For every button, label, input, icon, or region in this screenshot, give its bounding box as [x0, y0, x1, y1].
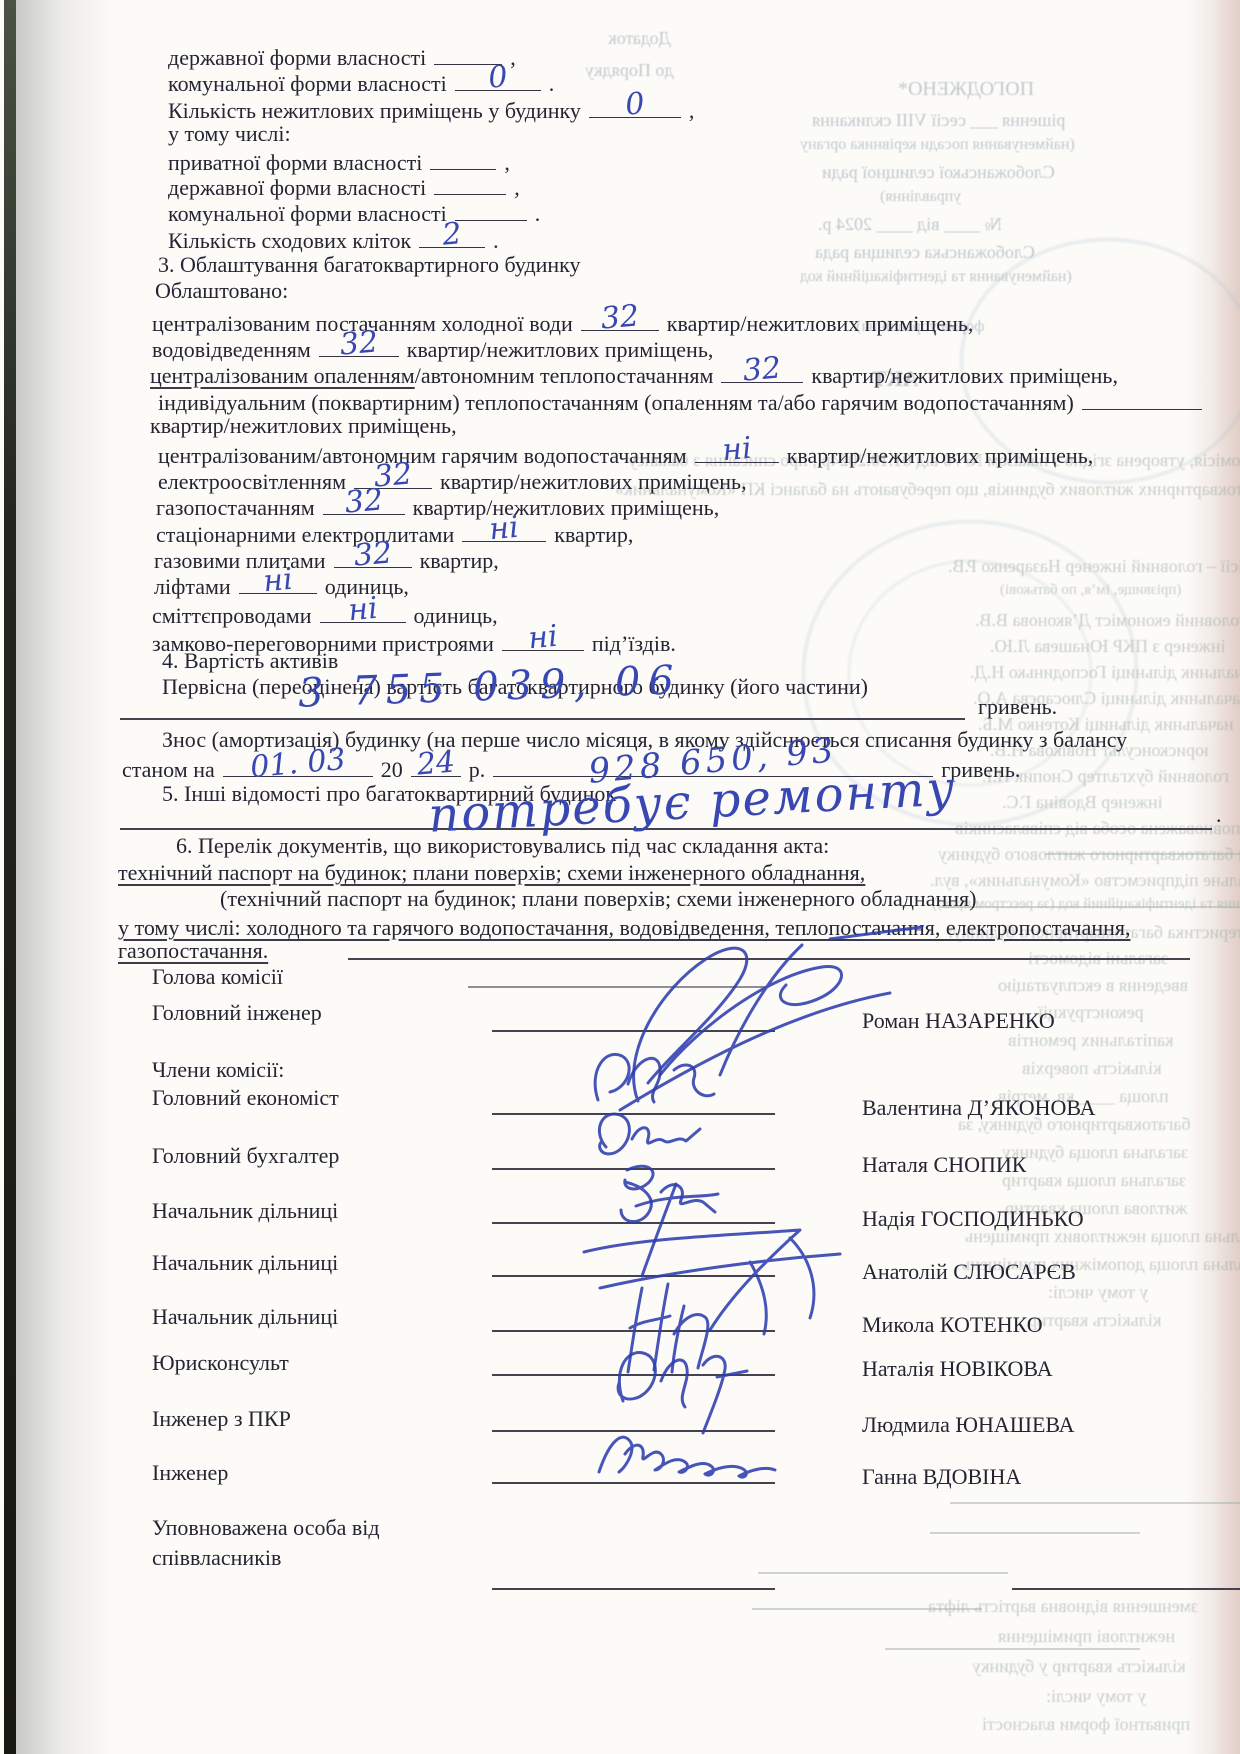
signer-role: Начальник дільниці — [152, 1198, 338, 1223]
blank-field: ні — [695, 440, 779, 463]
signer-name: Наталя СНОПИК — [862, 1152, 1026, 1177]
signer-role: Юрисконсульт — [152, 1350, 289, 1375]
handwritten-value: 2 — [441, 217, 463, 253]
commission-chair-label: Голова комісії — [152, 964, 283, 989]
blank-field: ні — [462, 519, 546, 542]
bleedthrough-text: Слобожанська селищна рада — [815, 242, 1035, 263]
handwritten-date: 01. 03 — [249, 742, 347, 785]
form-line: Кількість нежитлових приміщень у будинку… — [168, 95, 694, 123]
signer-name: Надія ГОСПОДИНЬКО — [862, 1206, 1084, 1231]
bleedthrough-line — [752, 1608, 982, 1610]
signer-name: Ганна ВДОВІНА — [862, 1464, 1021, 1489]
blank-field — [430, 147, 496, 170]
bleedthrough-text: приватної форми власності — [982, 1714, 1190, 1735]
bleedthrough-text: зменшення відновна вартість ліфта — [928, 1596, 1198, 1617]
bleedthrough-text: адреса: Комунальне підприємство «Комунал… — [930, 870, 1240, 891]
blank-field: 32 — [581, 308, 659, 331]
section3-sub: Облаштовано: — [155, 278, 288, 303]
form-line: газопостачанням32квартир/нежитлових прим… — [156, 492, 719, 520]
line-end-dot: . — [1216, 802, 1222, 827]
blank-field: 32 — [721, 360, 803, 383]
form-line: індивідуальним (поквартирним) теплопоста… — [158, 387, 1210, 415]
bleedthrough-text: Додаток — [608, 28, 671, 49]
signer-role: Головний бухгалтер — [152, 1143, 339, 1168]
documents-line: технічний паспорт на будинок; плани пове… — [118, 860, 865, 885]
commission-members-label: Члени комісії: — [152, 1057, 284, 1082]
handwritten-value: ні — [262, 562, 294, 599]
bleedthrough-line — [930, 1532, 1140, 1534]
bleedthrough-line — [950, 1502, 1240, 1504]
blank-field — [455, 198, 527, 221]
bleedthrough-text: акт про списання багатоквартирного житло… — [938, 844, 1240, 865]
bleedthrough-text: (найменування та ідентифікаційний код (з… — [932, 896, 1240, 913]
blank-field — [434, 172, 506, 195]
bleedthrough-text: Слобожанської селищної ради — [822, 162, 1055, 183]
bleedthrough-text: кількість поверхів — [1022, 1058, 1162, 1079]
handwritten-value: ні — [527, 619, 559, 656]
form-line: стаціонарними електроплитаминіквартир, — [156, 519, 633, 547]
signer-name: Людмила ЮНАШЕВА — [862, 1412, 1075, 1437]
form-line: державної форми власності, — [168, 172, 520, 200]
signer-role: Інженер — [152, 1460, 228, 1485]
signer-name: Наталія НОВІКОВА — [862, 1356, 1053, 1381]
signature-line — [492, 1588, 775, 1590]
bleedthrough-text: нежитлові приміщення — [998, 1626, 1175, 1647]
bleedthrough-text: рішення ___ сесії VIII скликання — [812, 110, 1065, 131]
signer-role: Начальник дільниці — [152, 1250, 338, 1275]
bleedthrough-text: у тому числі: — [1048, 1282, 1148, 1303]
section3-heading: 3. Облаштування багатоквартирного будинк… — [158, 252, 581, 277]
form-line: електроосвітленням32квартир/нежитлових п… — [158, 466, 747, 494]
form-line: Кількість сходових кліток2. — [168, 225, 499, 253]
form-line: у тому числі: — [168, 121, 291, 146]
form-line: комунальної форми власності0. — [168, 68, 554, 96]
form-line: централізованим опаленням/автономним теп… — [150, 360, 1118, 388]
signer-name: Микола КОТЕНКО — [862, 1312, 1043, 1337]
signature-engineer — [575, 1410, 795, 1490]
handwritten-year: 24 — [415, 745, 456, 783]
form-line: квартир/нежитлових приміщень, — [150, 413, 457, 438]
bleedthrough-line — [940, 906, 1240, 908]
form-line: державної форми власності, — [168, 42, 516, 70]
signer-role: Інженер з ПКР — [152, 1406, 291, 1431]
signer-role: Начальник дільниці — [152, 1304, 338, 1329]
bleedthrough-line — [885, 1648, 1140, 1650]
form-line: сміттєпроводаминіодиниць, — [152, 600, 498, 628]
name-line — [1012, 1588, 1240, 1590]
bleedthrough-text: введення в експлуатацію — [998, 975, 1188, 996]
handwritten-value: 32 — [338, 325, 379, 363]
section6-heading: 6. Перелік документів, що використовувал… — [176, 833, 829, 858]
handwritten-value: 32 — [599, 299, 640, 337]
scan-left-shadow — [16, 0, 116, 1754]
form-line: газовими плитами32квартир, — [154, 545, 499, 573]
handwritten-value: 0 — [624, 87, 646, 123]
bleedthrough-text: кількість квартир — [1028, 1310, 1162, 1331]
scan-left-dark-edge — [4, 0, 16, 1754]
blank-field: 32 — [323, 492, 405, 515]
bleedthrough-text: кількість квартир у будинку — [972, 1656, 1186, 1677]
form-line: водовідведенням32квартир/нежитлових прим… — [152, 334, 713, 362]
signer-name: Валентина Д’ЯКОНОВА — [862, 1095, 1096, 1120]
bleedthrough-text: у тому числі: — [1046, 1686, 1146, 1707]
blank-field: 2 — [419, 225, 485, 248]
blank-field: 0 — [455, 68, 541, 91]
blank-field — [1082, 387, 1202, 410]
handwritten-value: 32 — [343, 483, 384, 521]
bleedthrough-text: до Порядку — [585, 60, 674, 81]
bleedthrough-text: управління) — [880, 188, 961, 206]
signer-role: Головний економіст — [152, 1085, 339, 1110]
signer-role: Головний інженер — [152, 1000, 322, 1025]
blank-field: 24 — [411, 754, 461, 777]
bleedthrough-text: № ____ від ____ 2024 р. — [818, 214, 1002, 235]
form-line: централізованим постачанням холодної вод… — [152, 308, 973, 336]
authorized-person-label: Уповноважена особа від — [152, 1515, 380, 1540]
scanned-act-page: Додаток до Порядку ПОГОДЖЕНО* рішення __… — [0, 0, 1240, 1754]
blank-field: 0 — [589, 95, 681, 118]
bleedthrough-text: загальна площа квартир — [1002, 1170, 1186, 1191]
fill-in-line — [120, 718, 965, 720]
handwritten-value: 0 — [487, 60, 509, 96]
currency-label: гривень. — [978, 694, 1057, 719]
bleedthrough-line — [758, 1572, 1008, 1574]
bleedthrough-text: (найменування посади керівника органу — [800, 136, 1075, 154]
handwritten-value: ні — [488, 510, 520, 547]
blank-field: ні — [239, 571, 317, 594]
handwritten-initial-value: 3 755 039, 06 — [297, 657, 682, 716]
blank-field: ні — [320, 600, 406, 623]
signer-name: Анатолій СЛЮСАРЄВ — [862, 1259, 1076, 1284]
bleedthrough-line — [1045, 853, 1240, 855]
bleedthrough-text: ПОГОДЖЕНО* — [898, 78, 1034, 101]
blank-field: ні — [502, 628, 584, 651]
blank-field: 01. 03 — [223, 754, 373, 777]
handwritten-value: ні — [721, 431, 753, 468]
blank-field: 32 — [319, 334, 399, 357]
form-line: централізованим/автономним гарячим водоп… — [158, 440, 1093, 468]
handwritten-value: 32 — [352, 536, 393, 574]
form-line: комунальної форми власності. — [168, 198, 540, 226]
handwritten-value: ні — [346, 591, 378, 628]
gas-line: газопостачання. — [118, 938, 268, 963]
handwritten-value: 32 — [742, 351, 783, 389]
authorized-person-label-2: співвласників — [152, 1545, 281, 1570]
bleedthrough-text: загальна площа будинку — [1002, 1142, 1188, 1163]
blank-field: 32 — [334, 545, 412, 568]
